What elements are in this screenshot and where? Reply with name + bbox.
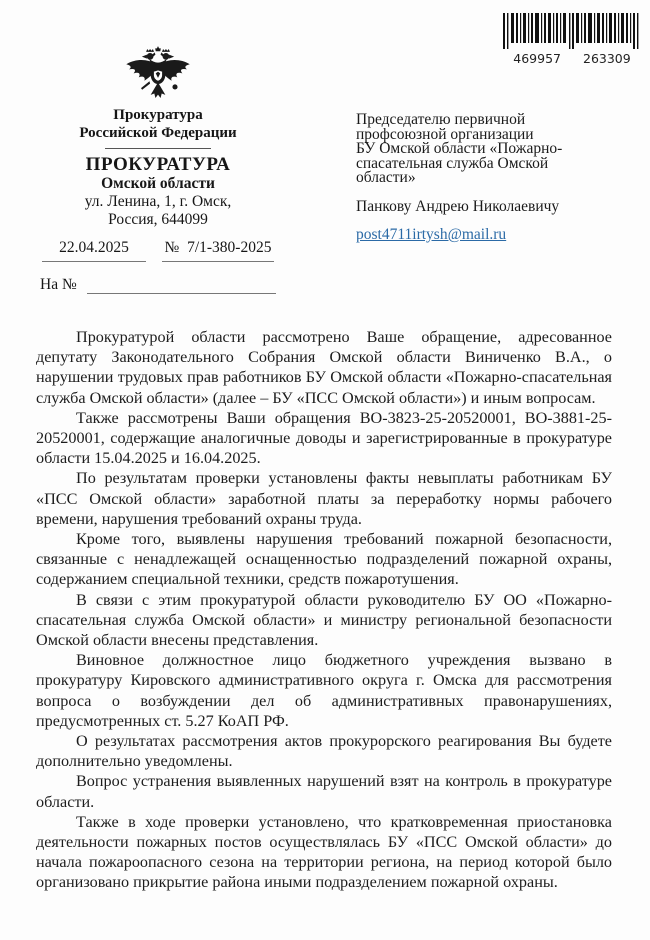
body-paragraph: Кроме того, выявлены нарушения требовани… — [36, 529, 612, 590]
office-address-line2: Россия, 644099 — [28, 211, 288, 229]
outgoing-number: № 7/1-380-2025 — [162, 239, 274, 262]
barcode-digits-right: 263309 — [583, 51, 631, 66]
number-sign: № — [165, 239, 180, 256]
barcode-digits-left: 469957 — [513, 51, 561, 66]
russia-coat-of-arms-icon — [124, 46, 192, 103]
outgoing-number-value: 7/1-380-2025 — [187, 239, 271, 256]
reference-number-row: На № — [40, 276, 276, 294]
barcode-image — [503, 13, 641, 53]
letter-body: Прокуратурой области рассмотрено Ваше об… — [36, 327, 612, 893]
federal-org-name-line1: Прокуратура — [28, 107, 288, 125]
body-paragraph: Прокуратурой области рассмотрено Ваше об… — [36, 327, 612, 408]
scanned-letter-page: 469957 263309 — [0, 0, 650, 940]
reference-number-label: На № — [40, 276, 87, 294]
body-paragraph: О результатах рассмотрения актов прокуро… — [36, 731, 612, 771]
federal-org-name-line2: Российской Федерации — [28, 125, 288, 143]
date-number-row: 22.04.2025 № 7/1-380-2025 — [28, 239, 288, 262]
body-paragraph: По результатам проверки установлены факт… — [36, 468, 612, 529]
registration-barcode: 469957 263309 — [502, 13, 642, 66]
body-paragraph: Также рассмотрены Ваши обращения ВО-3823… — [36, 408, 612, 469]
body-paragraph: В связи с этим прокуратурой области руко… — [36, 590, 612, 651]
body-paragraph: Вопрос устранения выявленных нарушений в… — [36, 771, 612, 811]
letter-date: 22.04.2025 — [42, 239, 146, 262]
recipient-email-link[interactable]: post4711irtysh@mail.ru — [356, 226, 506, 243]
letterhead: Прокуратура Российской Федерации ПРОКУРА… — [28, 46, 288, 294]
office-region: Омской области — [28, 175, 288, 193]
body-paragraph: Также в ходе проверки установлено, что к… — [36, 812, 612, 893]
office-name: ПРОКУРАТУРА — [28, 154, 288, 175]
office-address-line1: ул. Ленина, 1, г. Омск, — [28, 193, 288, 211]
letterhead-divider — [105, 148, 211, 149]
reference-number-blank-line — [87, 276, 276, 294]
recipient-org-line: области» — [356, 171, 618, 186]
recipient-block: Председателю первичной профсоюзной орган… — [356, 113, 618, 243]
body-paragraph: Виновное должностное лицо бюджетного учр… — [36, 650, 612, 731]
recipient-name: Панкову Андрею Николаевичу — [356, 199, 618, 215]
